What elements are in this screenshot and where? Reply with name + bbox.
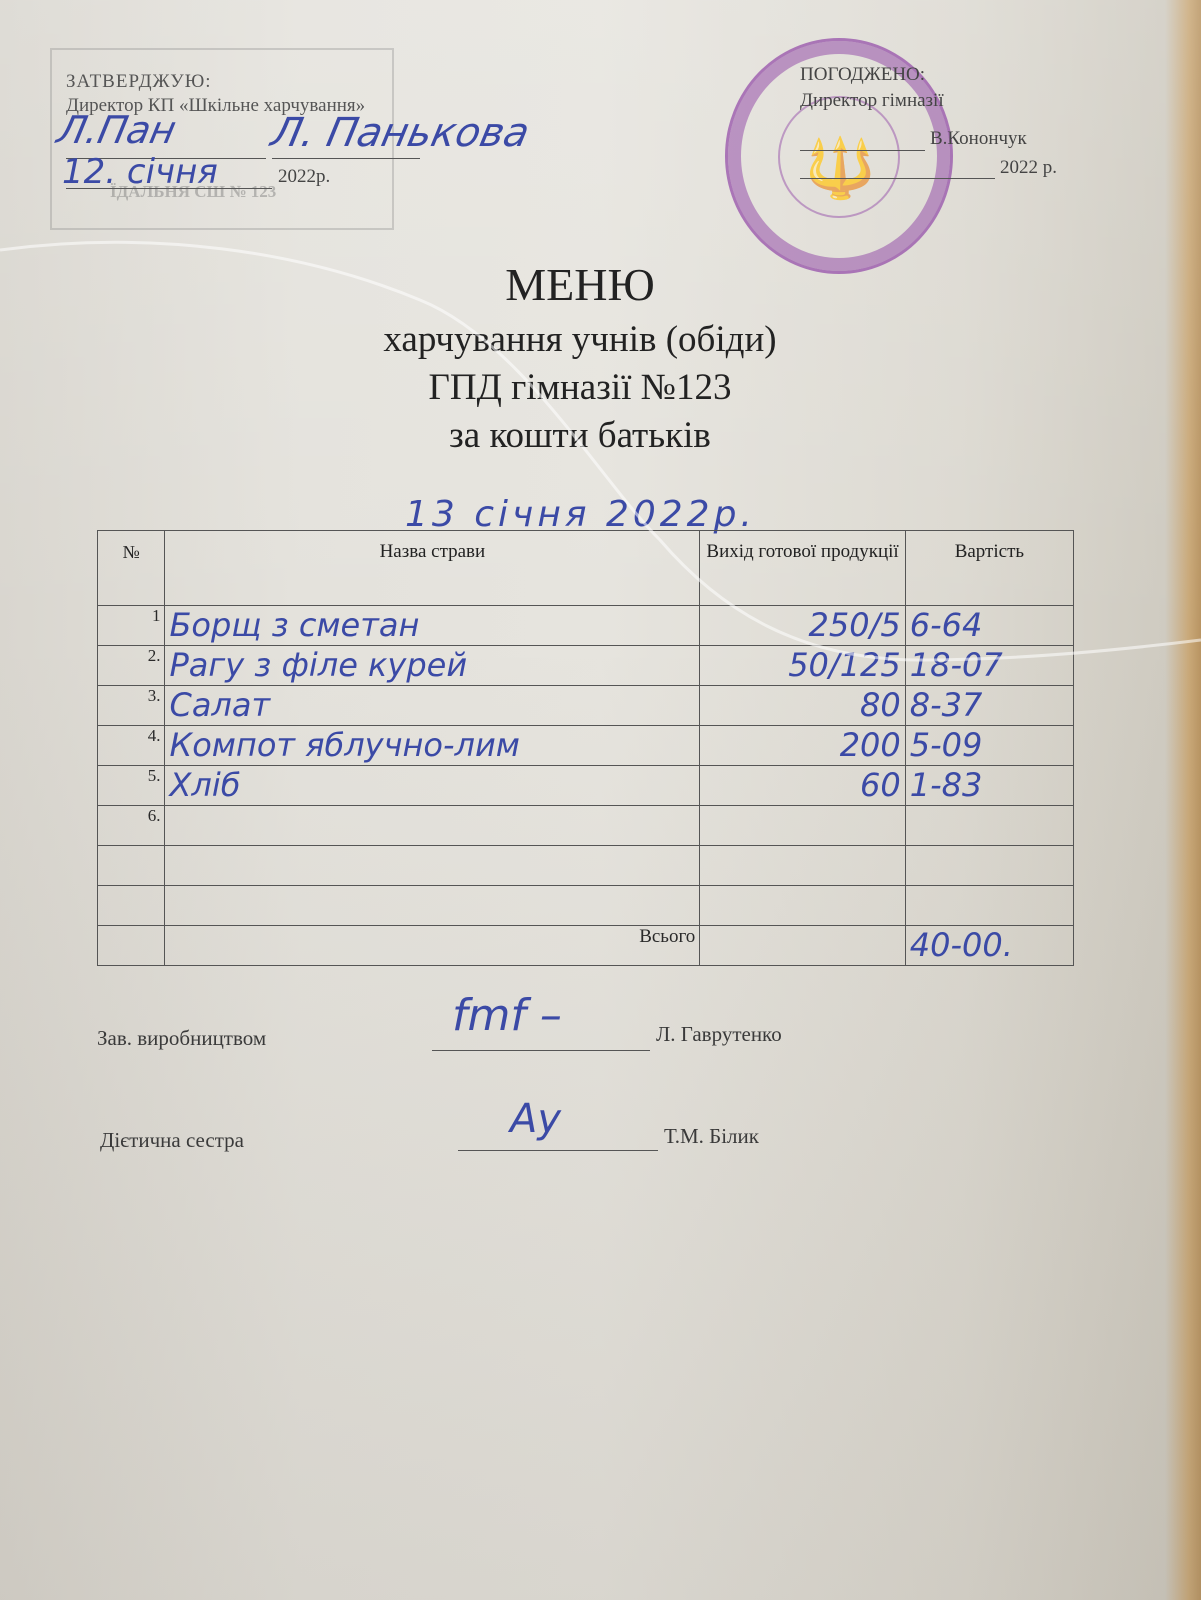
row-number: 2.: [98, 646, 165, 686]
dish-cost: [905, 846, 1073, 886]
header-name: Назва страви: [165, 531, 700, 606]
table-row: 1Борщ з сметан250/56-64: [98, 606, 1074, 646]
signature-line-2: [458, 1150, 658, 1151]
dish-output: [700, 846, 905, 886]
signature-role-2: Дієтична сестра: [100, 1128, 244, 1153]
table-row: [98, 846, 1074, 886]
approval-title: ЗАТВЕРДЖУЮ:: [66, 70, 365, 94]
signature-name-1: Л. Гаврутенко: [656, 1022, 782, 1047]
dish-output: 200: [700, 726, 905, 766]
agreement-date-line: [800, 178, 995, 179]
agreement-signature-line: [800, 150, 925, 151]
total-label: Всього: [165, 926, 700, 966]
dish-output: 50/125: [700, 646, 905, 686]
dish-cost: [905, 806, 1073, 846]
dish-cost: 1-83: [905, 766, 1073, 806]
total-output-cell: [700, 926, 905, 966]
table-row: 2.Рагу з філе курей50/12518-07: [98, 646, 1074, 686]
agreement-name: В.Конончук: [930, 128, 1027, 150]
table-row: 4.Компот яблучно-лим2005-09: [98, 726, 1074, 766]
dish-output: 250/5: [700, 606, 905, 646]
trident-emblem-icon: 🔱: [804, 129, 864, 209]
agreement-position: Директор гімназії: [800, 88, 944, 114]
dish-name: [165, 846, 700, 886]
document-subtitle-3: за кошти батьків: [0, 414, 1160, 458]
dish-name: Салат: [165, 686, 700, 726]
approval-name-handwritten: Л. Панькова: [267, 110, 533, 156]
dish-name: [165, 806, 700, 846]
dish-name: Борщ з сметан: [165, 606, 700, 646]
dish-name: [165, 886, 700, 926]
row-number: [98, 846, 165, 886]
approval-signature: Л.Пан: [53, 108, 180, 152]
dish-output: 60: [700, 766, 905, 806]
header-cost: Вартість: [905, 531, 1073, 606]
dish-output: [700, 806, 905, 846]
total-row: Всього 40-00.: [98, 926, 1074, 966]
signature-handwritten-2: Ay: [510, 1096, 561, 1142]
agreement-block: ПОГОДЖЕНО: Директор гімназії: [800, 62, 944, 114]
header-output: Вихід готової продукції: [700, 531, 905, 606]
document-subtitle-2: ГПД гімназії №123: [0, 366, 1160, 410]
document-title: МЕНЮ: [0, 258, 1160, 311]
dish-name: Рагу з філе курей: [165, 646, 700, 686]
dish-cost: 6-64: [905, 606, 1073, 646]
table-header-row: № Назва страви Вихід готової продукції В…: [98, 531, 1074, 606]
row-number: 4.: [98, 726, 165, 766]
dish-name: Компот яблучно-лим: [165, 726, 700, 766]
row-number: 5.: [98, 766, 165, 806]
table-row: 5.Хліб601-83: [98, 766, 1074, 806]
approval-year: 2022р.: [278, 166, 330, 188]
table-row: 3.Салат808-37: [98, 686, 1074, 726]
table-row: [98, 886, 1074, 926]
dish-cost: 18-07: [905, 646, 1073, 686]
agreement-year: 2022 р.: [1000, 157, 1057, 179]
signature-handwritten-1: fmf –: [452, 990, 562, 1041]
dish-cost: [905, 886, 1073, 926]
dish-cost: 8-37: [905, 686, 1073, 726]
table-body: 1Борщ з сметан250/56-642.Рагу з філе кур…: [98, 606, 1074, 926]
dish-output: 80: [700, 686, 905, 726]
document-subtitle-1: харчування учнів (обіди): [0, 318, 1160, 362]
dish-output: [700, 886, 905, 926]
header-no: №: [98, 531, 165, 606]
dish-cost: 5-09: [905, 726, 1073, 766]
menu-table: № Назва страви Вихід готової продукції В…: [97, 530, 1074, 966]
row-number: 1: [98, 606, 165, 646]
agreement-title: ПОГОДЖЕНО:: [800, 62, 944, 88]
approval-name-line: [272, 158, 420, 159]
total-value: 40-00.: [905, 926, 1073, 966]
dish-name: Хліб: [165, 766, 700, 806]
signature-line-1: [432, 1050, 650, 1051]
signature-role-1: Зав. виробництвом: [97, 1026, 266, 1051]
row-number: 3.: [98, 686, 165, 726]
menu-date-handwritten: 13 січня 2022р.: [405, 494, 756, 535]
total-no-cell: [98, 926, 165, 966]
signature-name-2: Т.М. Білик: [664, 1124, 759, 1149]
row-number: 6.: [98, 806, 165, 846]
row-number: [98, 886, 165, 926]
approval-date-handwritten: 12. січня: [62, 152, 218, 192]
table-row: 6.: [98, 806, 1074, 846]
